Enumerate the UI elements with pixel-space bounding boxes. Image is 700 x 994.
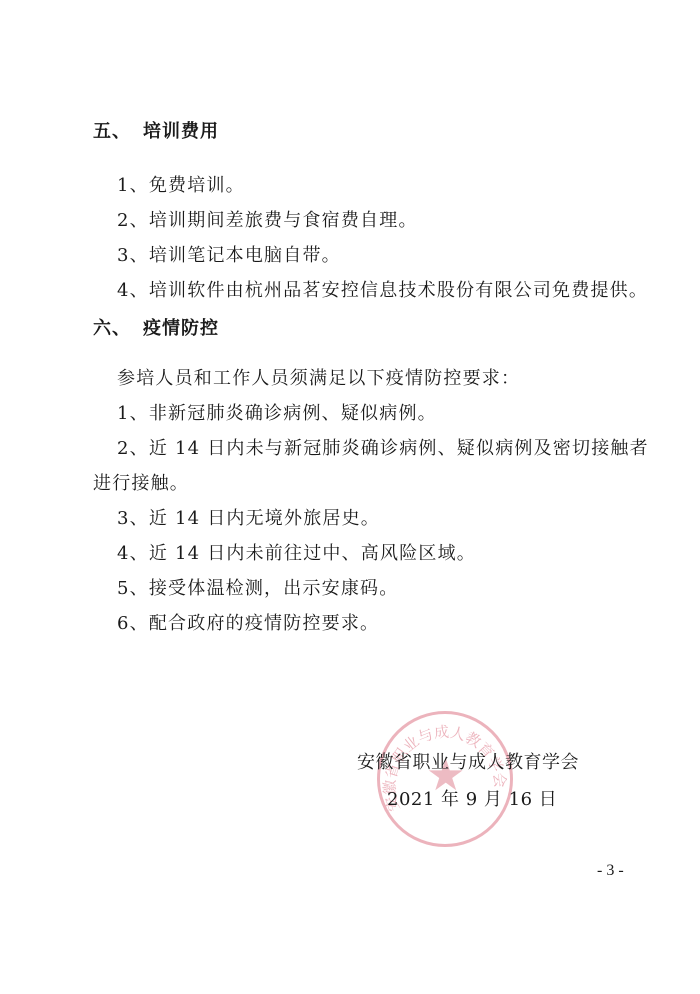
section-6-heading: 六、疫情防控 <box>93 318 219 340</box>
page-number: - 3 - <box>597 862 624 880</box>
section-5-heading: 五、培训费用 <box>93 121 219 143</box>
section-5-number: 五、 <box>93 121 143 143</box>
official-seal-stamp: 安徽省职业与成人教育学会 ★ <box>377 711 513 847</box>
list-item: 2、近 14 日内未与新冠肺炎确诊病例、疑似病例及密切接触者 <box>117 438 649 460</box>
list-item: 3、近 14 日内无境外旅居史。 <box>117 508 380 530</box>
list-item-continuation: 进行接触。 <box>93 473 189 495</box>
signature-date: 2021 年 9 月 16 日 <box>387 789 557 811</box>
list-item: 4、培训软件由杭州品茗安控信息技术股份有限公司免费提供。 <box>117 280 648 302</box>
section-6-intro: 参培人员和工作人员须满足以下疫情防控要求： <box>117 368 520 390</box>
signature-organization: 安徽省职业与成人教育学会 <box>357 752 579 774</box>
list-item: 1、免费培训。 <box>117 175 245 197</box>
section-5-title: 培训费用 <box>143 121 219 142</box>
list-item: 1、非新冠肺炎确诊病例、疑似病例。 <box>117 403 437 425</box>
list-item: 2、培训期间差旅费与食宿费自理。 <box>117 210 418 232</box>
section-6-number: 六、 <box>93 318 143 340</box>
list-item: 6、配合政府的疫情防控要求。 <box>117 613 379 635</box>
list-item: 5、接受体温检测，出示安康码。 <box>117 578 398 600</box>
list-item: 4、近 14 日内未前往过中、高风险区域。 <box>117 543 476 565</box>
list-item: 3、培训笔记本电脑自带。 <box>117 245 341 267</box>
section-6-title: 疫情防控 <box>143 318 219 339</box>
